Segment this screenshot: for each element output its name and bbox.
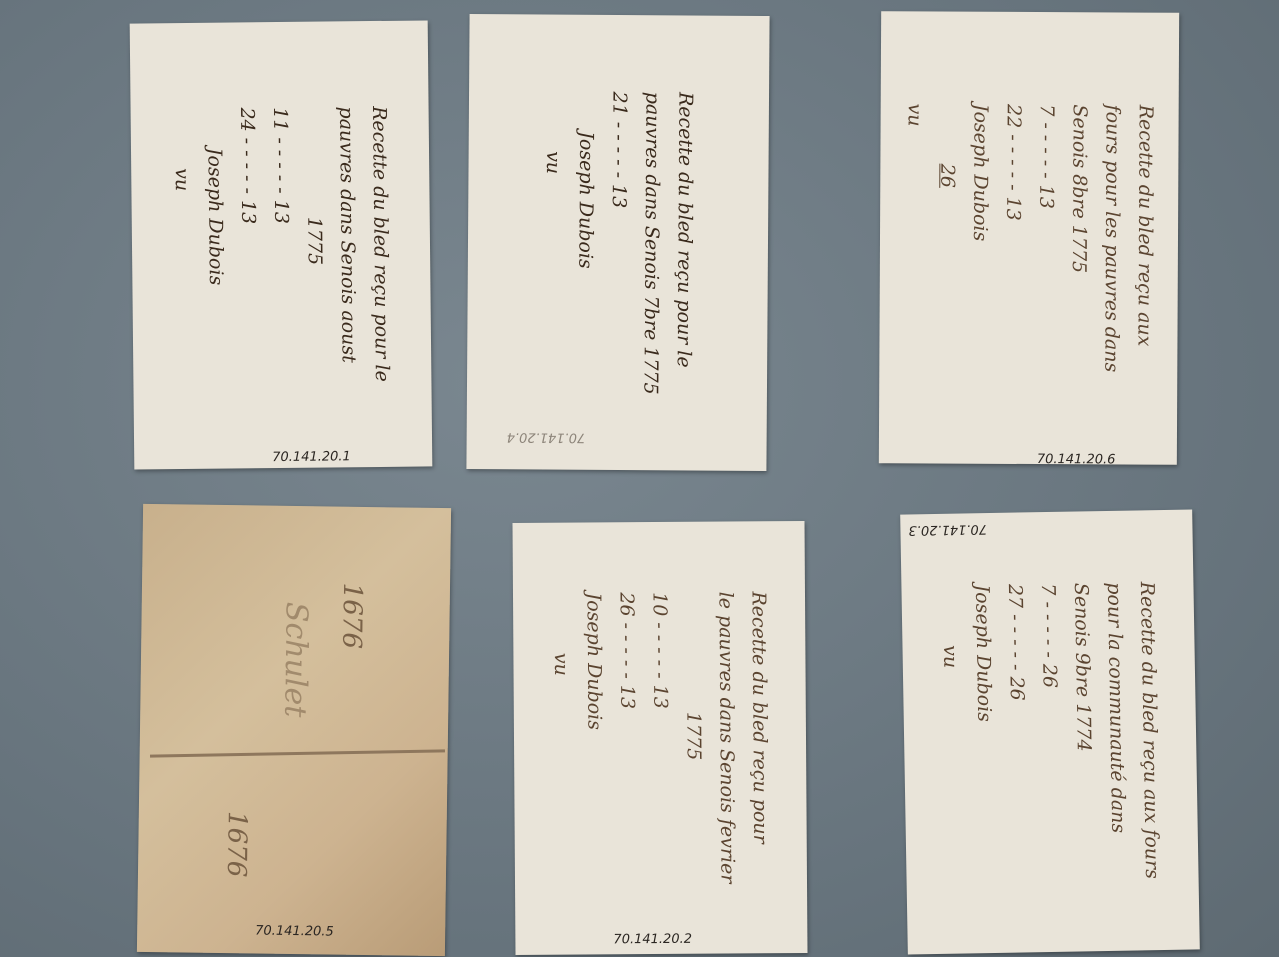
- text-line: 1775: [675, 592, 710, 884]
- text-line: 1775: [296, 107, 332, 383]
- receipt-card-2: Recette du bled reçu pour le pauvres dan…: [512, 521, 807, 955]
- receipt-card-6: Recette du bled reçu aux fours pour les …: [879, 11, 1179, 465]
- text-line: Recette du bled reçu aux fours: [1130, 581, 1168, 879]
- receipt-card-1: Recette du bled reçu pour le pauvres dan…: [130, 20, 433, 469]
- catalog-number: 70.141.20.4: [507, 429, 586, 445]
- text-line: 7 - - - - - 26: [1031, 583, 1069, 881]
- receipt-card-4: Recette du bled reçu pour le pauvres dan…: [466, 14, 769, 471]
- text-line: Recette du bled reçu aux: [1127, 105, 1161, 373]
- handwritten-text: Recette du bled reçu aux fours pour la c…: [932, 581, 1168, 882]
- text-line: Senois 8bre 1775: [1061, 104, 1095, 372]
- text-line: Joseph Dubois: [576, 592, 611, 884]
- text-line: Recette du bled reçu pour: [741, 591, 776, 883]
- text-line: vu: [534, 90, 569, 393]
- text-line: Joseph Dubois: [962, 104, 996, 372]
- text-line: 26 - - - - - 13: [609, 592, 644, 884]
- text-line: Joseph Dubois: [197, 108, 233, 384]
- handwritten-text: Recette du bled reçu aux fours pour les …: [896, 103, 1161, 372]
- text-line: 22 - - - - - 13: [995, 104, 1029, 372]
- text-line: 27 - - - - - 26: [998, 584, 1036, 882]
- handwritten-text: Recette du bled reçu pour le pauvres dan…: [543, 591, 776, 884]
- text-line: Schulet: [264, 582, 324, 879]
- text-line: 11 - - - - - 13: [263, 107, 299, 383]
- text-line: 7 - - - - - 13: [1028, 104, 1062, 372]
- catalog-number: 70.141.20.5: [255, 923, 334, 939]
- text-line: 24 - - - - - 13: [230, 107, 266, 383]
- receipt-card-5: 1676 Schulet 1676 70.141.20.5: [137, 504, 451, 956]
- catalog-number: 70.141.20.6: [1037, 452, 1116, 465]
- text-line: pauvres dans Senois 7bre 1775: [633, 91, 668, 394]
- catalog-number: 70.141.20.2: [613, 932, 692, 948]
- text-line: le pauvres dans Senois fevrier: [708, 592, 743, 884]
- text-line: Recette du bled reçu pour le: [362, 106, 398, 382]
- text-line: vu: [543, 593, 578, 885]
- text-line: 1676: [208, 581, 268, 878]
- handwritten-text: Recette du bled reçu pour le pauvres dan…: [534, 90, 701, 394]
- text-line: Joseph Dubois: [567, 91, 602, 394]
- text-line: vu: [896, 103, 930, 371]
- text-line: 21 - - - - - 13: [600, 91, 635, 394]
- receipt-card-3: Recette du bled reçu aux fours pour la c…: [900, 509, 1200, 954]
- catalog-number: 70.141.20.3: [908, 521, 987, 537]
- text-line: 10 - - - - - 13: [642, 592, 677, 884]
- handwritten-text: 1676 Schulet 1676: [208, 581, 380, 879]
- text-line: vu: [932, 585, 970, 883]
- text-line: Joseph Dubois: [965, 584, 1003, 882]
- text-line: pauvres dans Senois aoust: [329, 106, 365, 382]
- text-line: pour la communauté dans: [1097, 582, 1135, 880]
- catalog-number: 70.141.20.1: [272, 449, 351, 465]
- text-line: Senois 9bre 1774: [1064, 583, 1102, 881]
- text-line: vu: [164, 108, 200, 384]
- text-line: 1676: [320, 582, 380, 879]
- text-line: 26: [929, 104, 963, 372]
- text-line: fours pour les pauvres dans: [1094, 104, 1128, 372]
- text-line: Recette du bled reçu pour le: [666, 91, 701, 394]
- handwritten-text: Recette du bled reçu pour le pauvres dan…: [164, 106, 398, 384]
